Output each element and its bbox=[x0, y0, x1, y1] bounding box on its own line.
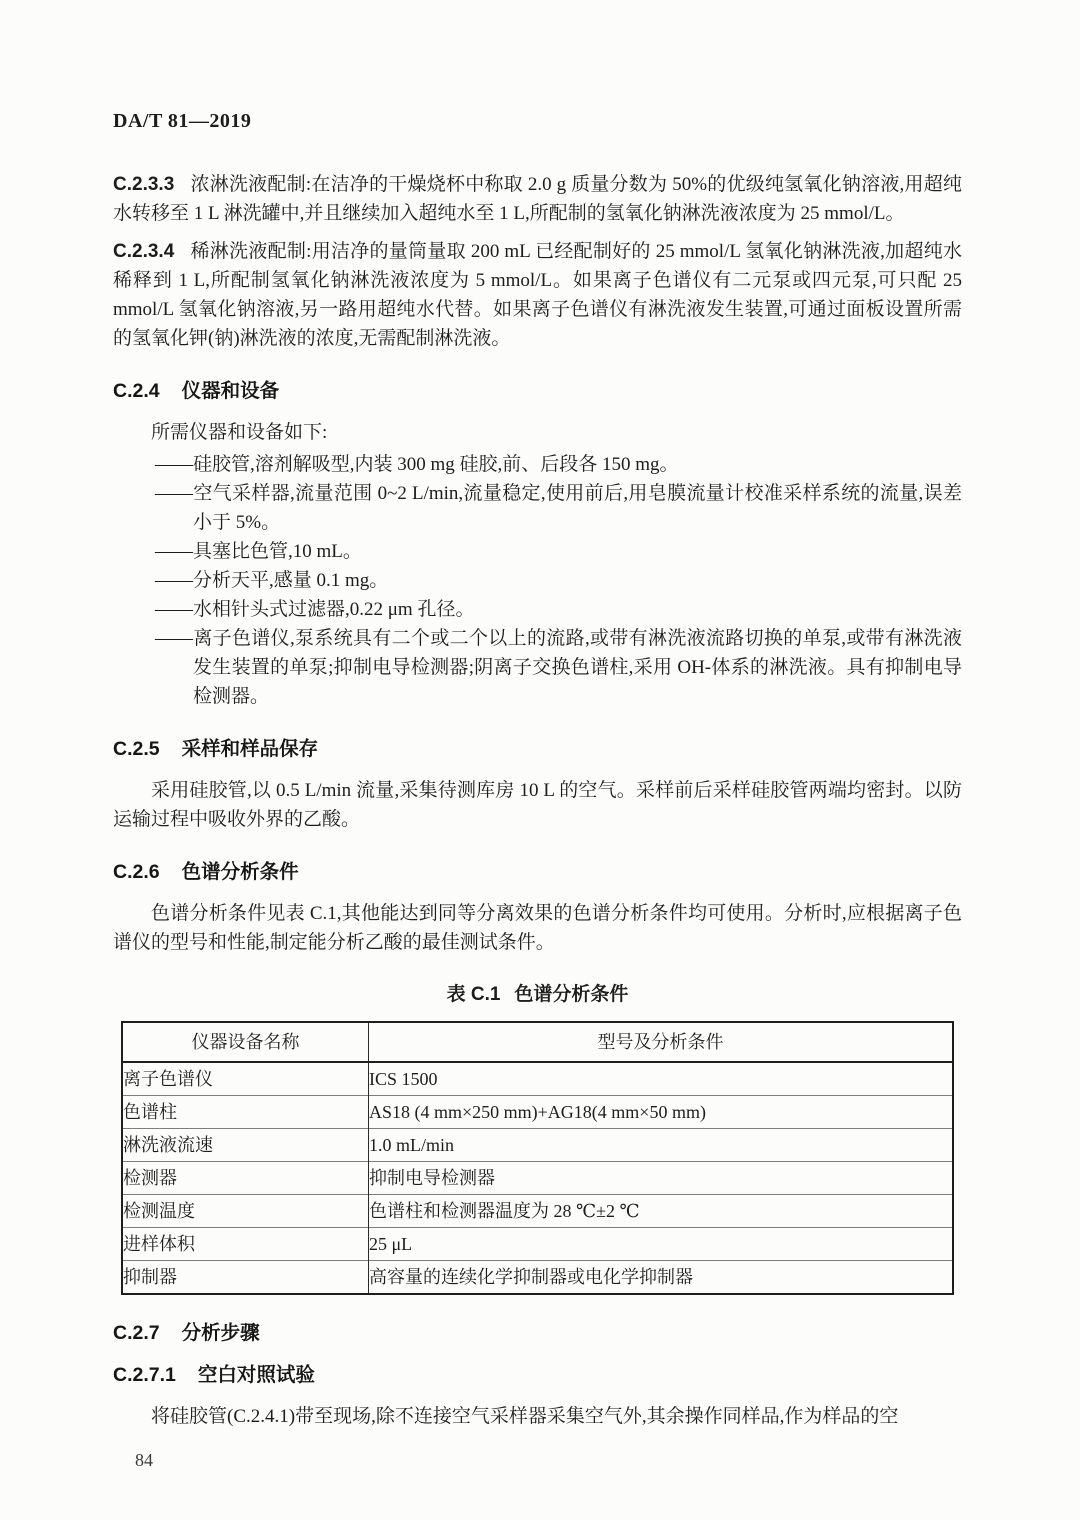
blank-test-paragraph: 将硅胶管(C.2.4.1)带至现场,除不连接空气采样器采集空气外,其余操作同样品… bbox=[113, 1402, 962, 1431]
cell-condition: 高容量的连续化学抑制器或电化学抑制器 bbox=[369, 1261, 954, 1295]
column-header-conditions: 型号及分析条件 bbox=[369, 1022, 954, 1062]
column-header-equipment: 仪器设备名称 bbox=[122, 1022, 369, 1062]
analysis-conditions-table: 仪器设备名称 型号及分析条件 离子色谱仪 ICS 1500 色谱柱 AS18 (… bbox=[121, 1021, 954, 1295]
document-page: DA/T 81—2019 C.2.3.3浓淋洗液配制:在洁净的干燥烧杯中称取 2… bbox=[0, 0, 1080, 1520]
cell-equipment: 色谱柱 bbox=[122, 1096, 369, 1129]
clause-number: C.2.3.4 bbox=[113, 241, 174, 262]
heading-number: C.2.4 bbox=[113, 380, 160, 402]
table-caption: 表 C.1色谱分析条件 bbox=[113, 983, 962, 1007]
heading-title: 采样和样品保存 bbox=[182, 738, 319, 760]
table-row: 检测温度 色谱柱和检测器温度为 28 ℃±2 ℃ bbox=[122, 1195, 953, 1228]
cell-condition: AS18 (4 mm×250 mm)+AG18(4 mm×50 mm) bbox=[369, 1096, 954, 1129]
equipment-list-item: ——离子色谱仪,泵系统具有二个或二个以上的流路,或带有淋洗液流路切换的单泵,或带… bbox=[113, 624, 962, 711]
equipment-list-item: ——具塞比色管,10 mL。 bbox=[113, 537, 962, 566]
table-caption-title: 色谱分析条件 bbox=[514, 984, 628, 1005]
table-caption-number: 表 C.1 bbox=[447, 984, 501, 1005]
heading-number: C.2.7.1 bbox=[113, 1364, 176, 1386]
heading-number: C.2.7 bbox=[113, 1322, 160, 1344]
page-number: 84 bbox=[135, 1446, 962, 1475]
cell-equipment: 检测器 bbox=[122, 1162, 369, 1195]
cell-equipment: 抑制器 bbox=[122, 1261, 369, 1295]
heading-title: 空白对照试验 bbox=[198, 1364, 315, 1386]
cell-condition: 1.0 mL/min bbox=[369, 1129, 954, 1162]
table-header-row: 仪器设备名称 型号及分析条件 bbox=[122, 1022, 953, 1062]
cell-condition: 抑制电导检测器 bbox=[369, 1162, 954, 1195]
clause-text: 稀淋洗液配制:用洁净的量筒量取 200 mL 已经配制好的 25 mmol/L … bbox=[113, 241, 962, 349]
heading-title: 分析步骤 bbox=[182, 1322, 260, 1344]
equipment-list-item: ——空气采样器,流量范围 0~2 L/min,流量稳定,使用前后,用皂膜流量计校… bbox=[113, 479, 962, 537]
sampling-paragraph: 采用硅胶管,以 0.5 L/min 流量,采集待测库房 10 L 的空气。采样前… bbox=[113, 776, 962, 834]
table-row: 离子色谱仪 ICS 1500 bbox=[122, 1062, 953, 1096]
heading-number: C.2.6 bbox=[113, 861, 160, 883]
equipment-list: ——硅胶管,溶剂解吸型,内装 300 mg 硅胶,前、后段各 150 mg。 —… bbox=[113, 450, 962, 711]
table-row: 进样体积 25 μL bbox=[122, 1228, 953, 1261]
clause-text: 浓淋洗液配制:在洁净的干燥烧杯中称取 2.0 g 质量分数为 50%的优级纯氢氧… bbox=[113, 174, 962, 224]
chromatography-paragraph: 色谱分析条件见表 C.1,其他能达到同等分离效果的色谱分析条件均可使用。分析时,… bbox=[113, 899, 962, 957]
standard-code: DA/T 81—2019 bbox=[113, 110, 962, 132]
table-row: 抑制器 高容量的连续化学抑制器或电化学抑制器 bbox=[122, 1261, 953, 1295]
cell-condition: 25 μL bbox=[369, 1228, 954, 1261]
cell-equipment: 淋洗液流速 bbox=[122, 1129, 369, 1162]
cell-equipment: 检测温度 bbox=[122, 1195, 369, 1228]
equipment-intro: 所需仪器和设备如下: bbox=[113, 418, 962, 447]
heading-c2-5: C.2.5采样和样品保存 bbox=[113, 737, 962, 761]
heading-c2-6: C.2.6色谱分析条件 bbox=[113, 860, 962, 884]
equipment-list-item: ——分析天平,感量 0.1 mg。 bbox=[113, 566, 962, 595]
clause-number: C.2.3.3 bbox=[113, 174, 174, 195]
table-body: 离子色谱仪 ICS 1500 色谱柱 AS18 (4 mm×250 mm)+AG… bbox=[122, 1062, 953, 1294]
heading-number: C.2.5 bbox=[113, 738, 160, 760]
equipment-list-item: ——水相针头式过滤器,0.22 μm 孔径。 bbox=[113, 595, 962, 624]
heading-c2-7-1: C.2.7.1空白对照试验 bbox=[113, 1363, 962, 1387]
heading-c2-7: C.2.7分析步骤 bbox=[113, 1321, 962, 1345]
table-row: 检测器 抑制电导检测器 bbox=[122, 1162, 953, 1195]
heading-title: 仪器和设备 bbox=[182, 380, 280, 402]
table-header: 仪器设备名称 型号及分析条件 bbox=[122, 1022, 953, 1062]
heading-title: 色谱分析条件 bbox=[182, 861, 299, 883]
clause-c2-3-4: C.2.3.4稀淋洗液配制:用洁净的量筒量取 200 mL 已经配制好的 25 … bbox=[113, 237, 962, 353]
table-row: 色谱柱 AS18 (4 mm×250 mm)+AG18(4 mm×50 mm) bbox=[122, 1096, 953, 1129]
equipment-list-item: ——硅胶管,溶剂解吸型,内装 300 mg 硅胶,前、后段各 150 mg。 bbox=[113, 450, 962, 479]
heading-c2-4: C.2.4仪器和设备 bbox=[113, 379, 962, 403]
cell-condition: 色谱柱和检测器温度为 28 ℃±2 ℃ bbox=[369, 1195, 954, 1228]
cell-equipment: 离子色谱仪 bbox=[122, 1062, 369, 1096]
clause-c2-3-3: C.2.3.3浓淋洗液配制:在洁净的干燥烧杯中称取 2.0 g 质量分数为 50… bbox=[113, 170, 962, 228]
cell-condition: ICS 1500 bbox=[369, 1062, 954, 1096]
table-row: 淋洗液流速 1.0 mL/min bbox=[122, 1129, 953, 1162]
cell-equipment: 进样体积 bbox=[122, 1228, 369, 1261]
